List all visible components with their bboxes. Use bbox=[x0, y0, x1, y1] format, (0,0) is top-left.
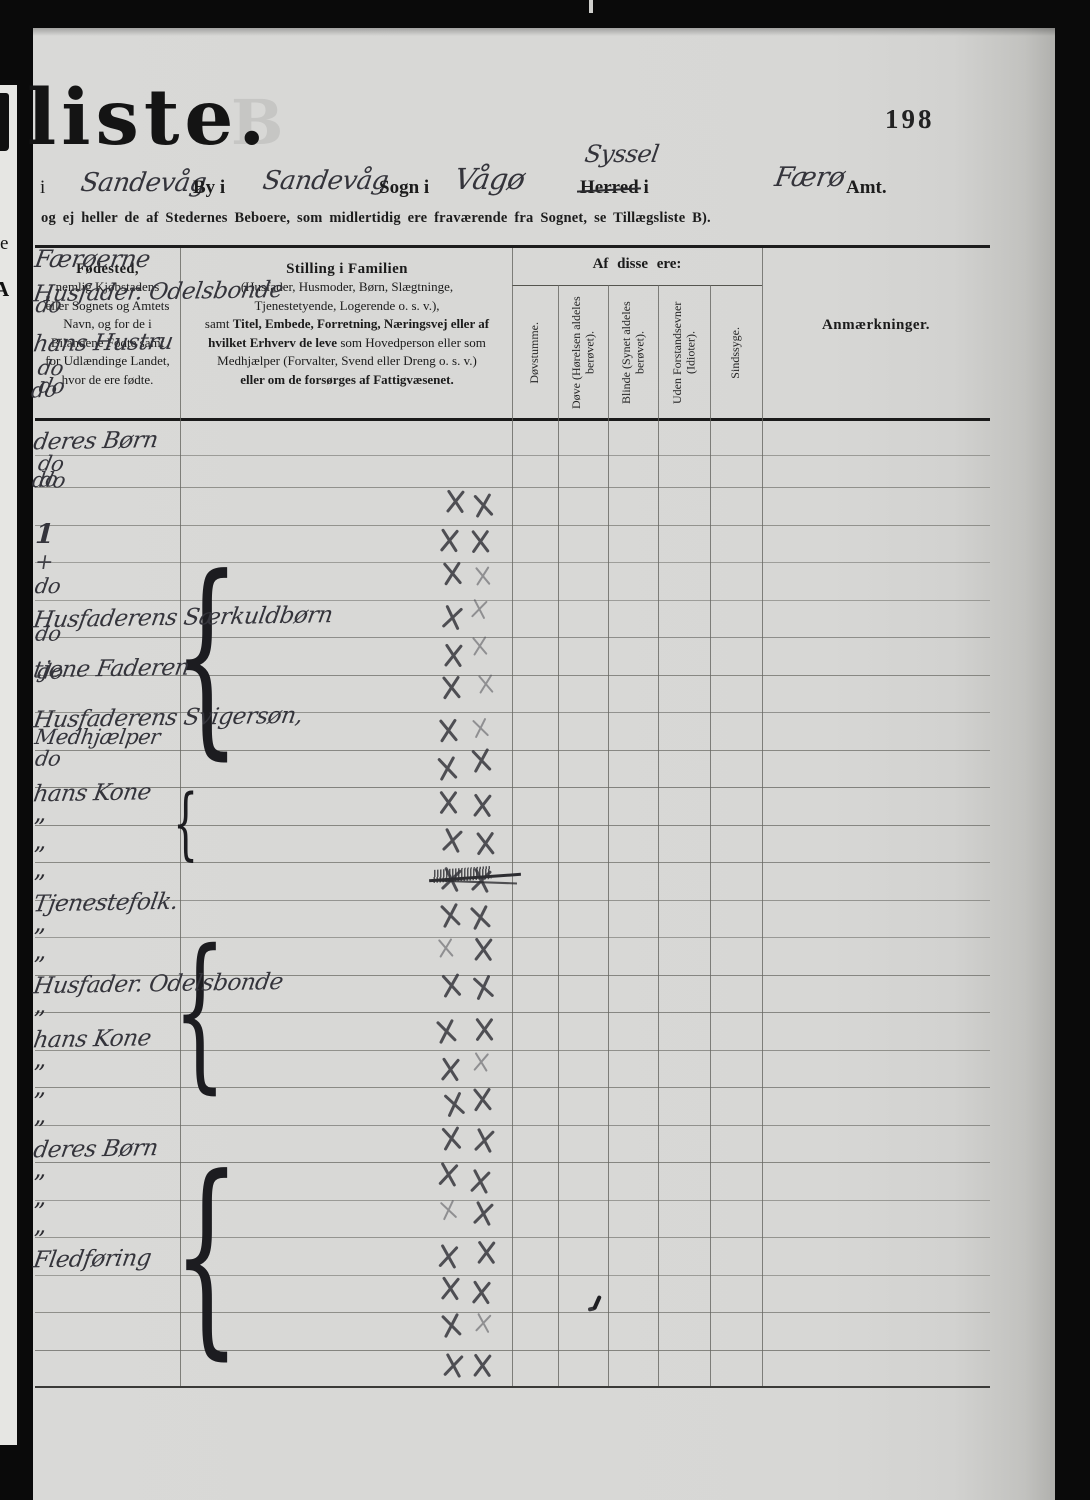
label-amt: Amt. bbox=[846, 177, 887, 199]
birthplace-ditto: „ bbox=[33, 827, 992, 855]
birthplace-ditto: „ bbox=[33, 1183, 992, 1211]
idiot-column-tally: 1 bbox=[31, 519, 994, 550]
position-entry-line2: Medhjælper bbox=[33, 725, 992, 749]
label-sogn-i: Sogn i bbox=[379, 177, 429, 199]
idiot-column-tally-cross: + bbox=[33, 550, 992, 575]
birthplace-ditto: „ bbox=[33, 1045, 992, 1073]
handwritten-sogn-name: Sandevåg bbox=[261, 166, 391, 196]
handwritten-amt-name: Færø bbox=[773, 162, 847, 193]
page-number: 198 bbox=[885, 104, 935, 135]
edge-letter-fragment: e bbox=[0, 233, 8, 255]
census-form-page: liste. B 198 i Sandevåg By i Sandevåg So… bbox=[33, 28, 1055, 1500]
table-bottom-rule bbox=[35, 1386, 990, 1388]
pencil-x-mark bbox=[438, 1310, 464, 1340]
scan-artifact-tick bbox=[589, 0, 593, 13]
handwritten-by-name: Sandevåg bbox=[79, 168, 209, 198]
pencil-x-mark bbox=[438, 1274, 462, 1302]
pencil-x-mark bbox=[470, 1278, 494, 1306]
ghost-letter: B bbox=[231, 86, 283, 159]
census-table: Fødested, nemlig Kjøbstadenseller Sognet… bbox=[35, 245, 990, 1390]
pencil-x-mark bbox=[470, 1311, 495, 1341]
pencil-x-mark bbox=[440, 1351, 465, 1381]
scanned-census-page: e A liste. B 198 i Sandevåg By i Sandevå… bbox=[0, 0, 1090, 1500]
birthplace-ditto: „ bbox=[33, 909, 992, 937]
note-line: og ej heller de af Stedernes Beboere, so… bbox=[41, 210, 711, 227]
dove-column-mark bbox=[588, 1306, 596, 1311]
birthplace-ditto: „ bbox=[33, 1073, 992, 1101]
table-rows: FærøerneHusfader. Odelsbondedohans Hustr… bbox=[35, 245, 990, 1265]
birthplace-ditto: „ bbox=[33, 1155, 992, 1183]
label-by-i: By i bbox=[193, 177, 225, 199]
label-i: i bbox=[40, 177, 45, 199]
handwritten-herred-name: Vågø bbox=[452, 162, 527, 196]
handwritten-syssel-overwrite: Syssel bbox=[583, 140, 661, 168]
birthplace-ditto: „ bbox=[33, 799, 992, 827]
pencil-x-mark bbox=[470, 1351, 493, 1379]
adjacent-page-edge: e A bbox=[0, 85, 17, 1445]
edge-letter-fragment: A bbox=[0, 277, 9, 302]
edge-ink-fragment bbox=[0, 93, 9, 151]
